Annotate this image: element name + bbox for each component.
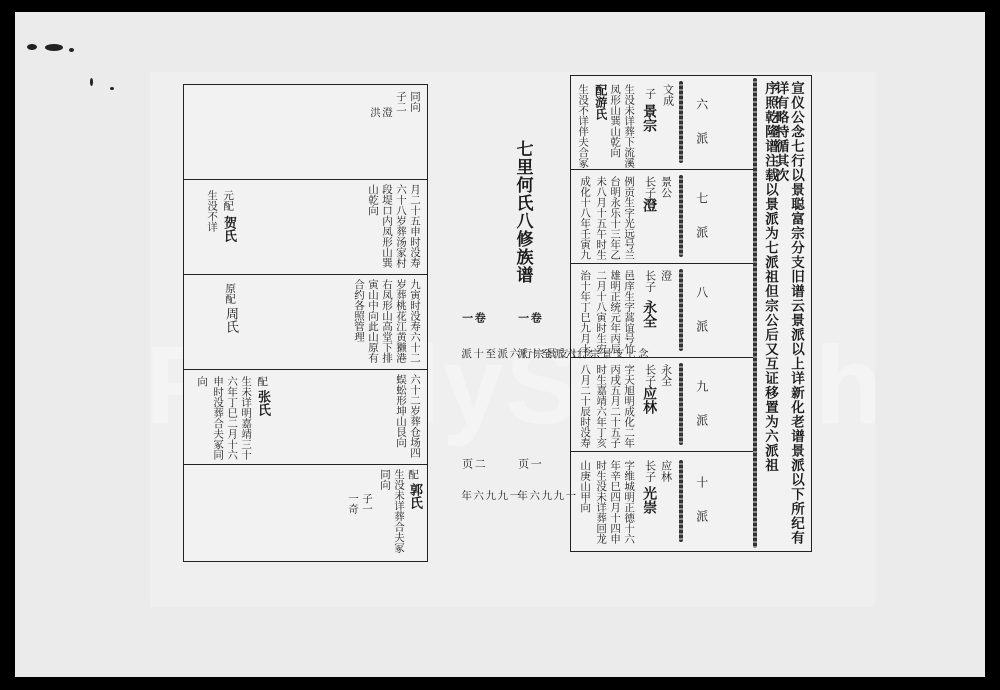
left-row-3: 九寅时没寿六十二 岁葬桃花江黄獭港 右凤形山高堂下排 寅山中向此山原有 合约各照…	[184, 275, 427, 370]
spouse-name: 配游氏	[593, 84, 607, 120]
generation-label: 八派	[694, 286, 708, 354]
scanned-page: FamilySearch	[15, 12, 985, 677]
generation-row-7: 七派 景公 长子 澄 例贡生字光远号兰 台明永乐十三年乙 未八月十五午时生 成化…	[571, 170, 753, 264]
branch-label: 念七支景宗行六派至十派	[460, 348, 593, 359]
entry-text: 邑庠生字蒿谊号竹	[623, 270, 635, 354]
entry-text: 生未详明嘉靖三十	[240, 376, 252, 460]
page-number: 二页	[460, 458, 485, 469]
year-label: 一九九六年	[460, 490, 520, 501]
entry-text: 生没未详葬合夫冢	[393, 469, 405, 553]
spouse-name: 贺氏	[220, 216, 235, 242]
ink-speck	[27, 44, 37, 50]
entry-text: 字维城明正德十六	[623, 460, 635, 544]
generation-row-9: 九派 永全 长子 应林 字天旭明成化二年 丙戌五月二十五子 时生嘉靖六年丁亥 八…	[571, 358, 753, 452]
rope-divider	[679, 81, 683, 163]
generations-table: 六派 文成 子 景宗 生没未详葬下流溪 凤形山巽山乾向 配游氏 生没不详伴夫合冢…	[571, 76, 753, 551]
relation: 长子	[643, 364, 656, 386]
ink-speck	[69, 48, 74, 52]
entry-text: 子二	[395, 91, 407, 112]
person-name: 景宗	[641, 104, 657, 132]
entry-text: 九寅时没寿六十二	[409, 279, 421, 363]
entry-text: 同向	[409, 91, 421, 112]
left-page-table: 同向 子二 洪 澄 月二十五申时没寿 六十八岁葬汤家村 段堤口内凤形山巽 山乾向…	[183, 84, 428, 562]
entry-text: 蜈蚣形坤山艮向	[395, 374, 407, 448]
entry-text: 治十年丁巳九月十	[579, 270, 591, 354]
spouse-title: 元配	[222, 190, 234, 211]
generation-row-6: 六派 文成 子 景宗 生没未详葬下流溪 凤形山巽山乾向 配游氏 生没不详伴夫合冢	[571, 76, 753, 170]
father-name: 应林	[659, 460, 672, 482]
father-name: 澄	[659, 270, 672, 281]
entry-text: 合约各照管理	[353, 279, 365, 342]
book-title: 七里何氏八修族谱	[512, 140, 532, 284]
spouse-name: 张氏	[254, 390, 269, 416]
relation: 长子	[643, 460, 656, 482]
person-name: 光崇	[641, 486, 657, 514]
entry-text: 子一	[361, 493, 373, 514]
rope-border-right	[753, 78, 757, 548]
entry-text: 二月十八寅时生宏	[595, 270, 607, 354]
entry-text: 生没未详葬下流溪	[623, 84, 635, 168]
entry-text: 丙戌五月二十五子	[609, 364, 621, 448]
left-row-4: 六十二岁葬仓场四 蜈蚣形坤山艮向 配 张氏 生未详明嘉靖三十 六年丁巳二月十六 …	[184, 370, 427, 465]
entry-text: 生没不详伴夫合冢	[577, 84, 589, 168]
entry-text: 右凤形山高堂下排	[381, 279, 393, 363]
left-row-5: 配 郭氏 生没未详葬合夫冢 同向 子一 一奇	[184, 465, 427, 561]
entry-text: 六年丁巳二月十六	[226, 376, 238, 460]
spouse-title: 配	[407, 469, 419, 480]
entry-text: 申时没葬合夫冢同	[212, 376, 224, 460]
relation: 长子	[643, 270, 656, 292]
spouse-name: 郭氏	[406, 483, 421, 509]
father-name: 文成	[661, 84, 674, 106]
preface-line-2: 序照乾隆谱注载以景派为七派祖但宗公后又互证移置为六派祖	[761, 81, 777, 546]
spouse-name: 周氏	[222, 307, 237, 333]
person-name: 永全	[641, 300, 657, 328]
generation-row-10: 十派 应林 长子 光崇 字维城明正德十六 年辛巳四月十四申 时生没未详葬回龙 山…	[571, 452, 753, 551]
entry-text: 段堤口内凤形山巽	[381, 184, 393, 268]
entry-text: 台明永乐十三年乙	[609, 176, 621, 260]
relation: 长子	[643, 176, 656, 198]
page-number: 一页	[516, 458, 541, 469]
spouse-title: 原配	[224, 283, 236, 304]
child-name: 澄	[381, 107, 393, 118]
entry-text: 年辛巳四月十四申	[609, 460, 621, 544]
person-name: 澄	[641, 198, 657, 212]
rope-divider	[679, 269, 683, 351]
person-name: 应林	[641, 386, 657, 414]
year-label: 一九九六年	[516, 490, 576, 501]
spouse-title: 配	[256, 376, 268, 387]
entry-text: 六十八岁葬汤家村	[395, 184, 407, 268]
right-page-table: 宣仪公念七行以景聪富宗分支旧谱云景派以上详新化老谱景派以下所纪有详有略特循其次 …	[570, 75, 812, 552]
child-name: 一奇	[347, 493, 359, 514]
relation: 子	[643, 88, 656, 99]
father-name: 景公	[659, 176, 672, 198]
entry-text: 向	[196, 376, 208, 387]
entry-text: 时生没未详葬回龙	[595, 460, 607, 544]
entry-text: 未八月十五午时生	[595, 176, 607, 260]
generation-label: 十派	[694, 476, 708, 544]
entry-text: 生没不详	[206, 190, 218, 232]
child-name: 洪	[369, 107, 381, 118]
entry-text: 例贡生字光远号兰	[623, 176, 635, 260]
generation-row-8: 八派 澄 长子 永全 邑庠生字蒿谊号竹 雄明正统元年丙辰 二月十八寅时生宏 治十…	[571, 264, 753, 358]
generation-label: 九派	[694, 380, 708, 448]
left-row-1: 同向 子二 洪 澄	[184, 85, 427, 180]
ink-speck	[110, 87, 114, 90]
entry-text: 岁葬桃花江黄獭港	[395, 279, 407, 363]
generation-label: 七派	[694, 192, 708, 260]
ink-speck	[90, 78, 93, 86]
rope-divider	[679, 363, 683, 445]
ink-speck	[45, 44, 63, 51]
entry-text: 凤形山巽山乾向	[609, 84, 621, 158]
entry-text: 时生嘉靖六年丁亥	[595, 364, 607, 448]
entry-text: 成化十八年壬寅九	[579, 176, 591, 260]
entry-text: 八月二十辰时没寿	[579, 364, 591, 448]
father-name: 永全	[659, 364, 672, 386]
rope-divider	[679, 460, 683, 542]
entry-text: 同向	[379, 469, 391, 490]
left-row-2: 月二十五申时没寿 六十八岁葬汤家村 段堤口内凤形山巽 山乾向 元配 贺氏 生没不…	[184, 180, 427, 275]
volume-label: 卷一	[516, 312, 541, 323]
entry-text: 山庚山甲向	[579, 460, 591, 513]
entry-text: 月二十五申时没寿	[409, 184, 421, 268]
rope-divider	[679, 175, 683, 257]
entry-text: 字天旭明成化二年	[623, 364, 635, 448]
volume-label: 卷一	[460, 312, 485, 323]
entry-text: 山乾向	[367, 184, 379, 216]
entry-text: 六十二岁葬仓场四	[409, 374, 421, 458]
generation-label: 六派	[694, 98, 708, 166]
entry-text: 雄明正统元年丙辰	[609, 270, 621, 354]
entry-text: 寅山中向此山原有	[367, 279, 379, 363]
